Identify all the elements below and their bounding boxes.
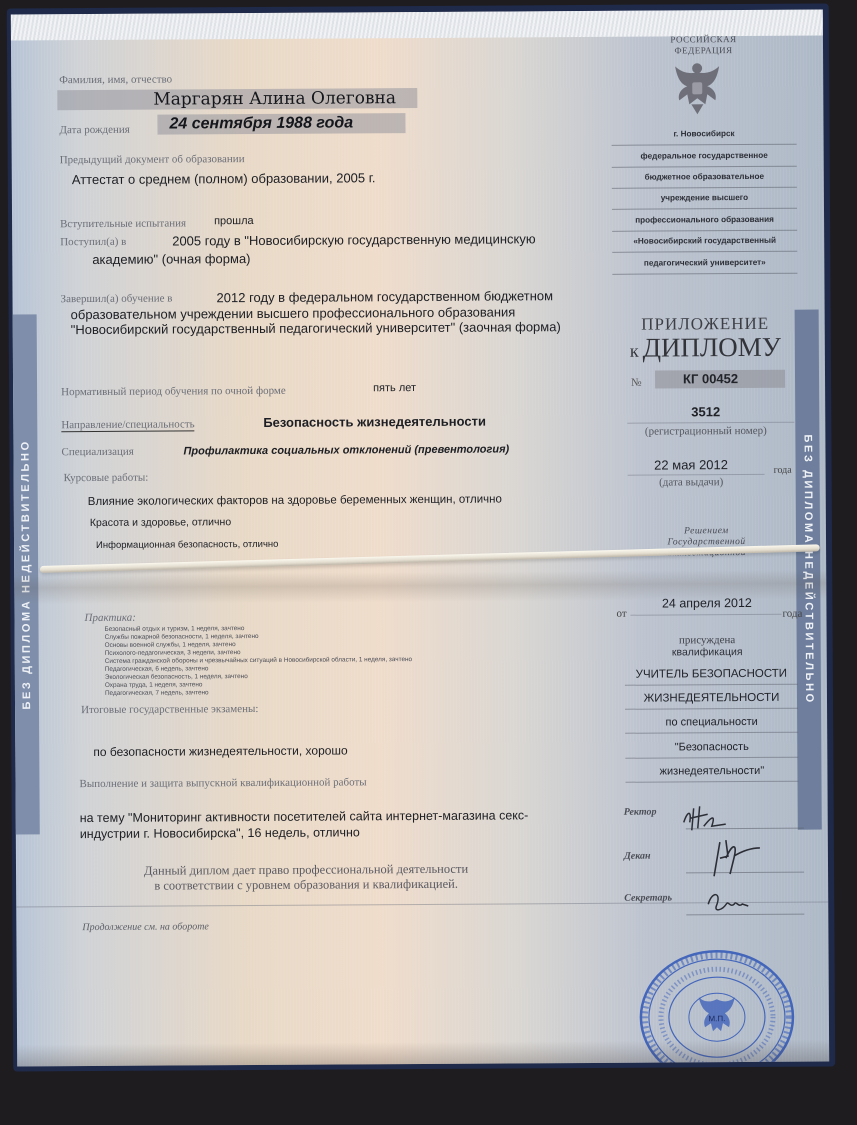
coursework-label: Курсовые работы: (64, 472, 149, 485)
enrolled-label: Поступил(а) в (60, 236, 126, 248)
continued-note: Продолжение см. на обороте (82, 921, 209, 933)
institution-line: бюджетное образовательное (612, 167, 797, 189)
qualification-label: квалификация (605, 646, 810, 659)
reg-number-line (627, 422, 794, 424)
thesis-line2: индустрии г. Новосибирска", 16 недель, о… (80, 825, 360, 841)
completed-label: Завершил(а) обучение в (60, 293, 172, 306)
specialization-label: Специализация (61, 446, 133, 458)
institution-line: г. Новосибирск (611, 124, 796, 146)
name-label: Фамилия, имя, отчество (59, 74, 172, 87)
institution-line: педагогический университет» (612, 253, 797, 275)
qualification-line: УЧИТЕЛЬ БЕЗОПАСНОСТИ (625, 662, 798, 686)
supplement-number: КГ 00452 (655, 370, 785, 389)
issuer-column: РОССИЙСКАЯ ФЕДЕРАЦИЯ г. Новосибирск феде… (601, 10, 812, 1063)
institution-block: г. Новосибирск федеральное государственн… (601, 10, 806, 11)
issue-date-suffix: года (774, 465, 792, 476)
practice-list: Безопасный отдых и туризм, 1 неделя, зач… (105, 624, 413, 698)
document-title-diploma: ДИПЛОМУ (642, 332, 781, 363)
practice-label: Практика: (84, 612, 136, 624)
qualification-line: жизнедеятельности" (625, 759, 798, 783)
prev-doc-value: Аттестат о среднем (полном) образовании,… (72, 170, 376, 187)
decision-date-suffix: года (782, 608, 802, 620)
rector-label: Ректор (624, 807, 657, 818)
qualification-line: по специальности (625, 710, 798, 734)
direction-label: Направление/специальность (61, 418, 194, 432)
diploma-supplement-page: БЕЗ ДИПЛОМА НЕДЕЙСТВИТЕЛЬНО БЕЗ ДИПЛОМА … (11, 10, 829, 1067)
svg-text:М.П.: М.П. (708, 1014, 725, 1023)
institution-line: учреждение высшего (612, 188, 797, 210)
practice-item: Педагогическая, 7 недель, зачтено (105, 688, 412, 698)
coursework-item: Информационная безопасность, отлично (96, 539, 278, 551)
period-label: Нормативный период обучения по очной фор… (61, 385, 286, 398)
institution-line: профессионального образования (612, 210, 797, 232)
full-name: Маргарян Алина Олеговна (153, 88, 396, 109)
reg-number-caption: (регистрационный номер) (603, 425, 808, 438)
qualification-line: "Безопасность (625, 735, 798, 759)
country-title: РОССИЙСКАЯ ФЕДЕРАЦИЯ (601, 34, 806, 57)
coursework-item: Влияние экологических факторов на здоров… (88, 493, 502, 508)
decision-date-line (630, 614, 781, 616)
number-sign: № (631, 377, 642, 389)
institution-line: «Новосибирский государственный (612, 231, 797, 253)
thesis-label: Выполнение и защита выпускной квалификац… (79, 776, 366, 790)
institution-line: федеральное государственное (612, 146, 797, 168)
thesis-line1: на тему "Мониторинг активности посетител… (80, 808, 529, 825)
direction-value: Безопасность жизнедеятельности (263, 414, 486, 430)
coat-of-arms-icon (667, 58, 727, 118)
country-line2: ФЕДЕРАЦИЯ (601, 45, 806, 57)
issue-date-caption: (дата выдачи) (604, 476, 779, 489)
entrance-label: Вступительные испытания (60, 217, 186, 230)
completed-value-line1: 2012 году в федеральном государственном … (216, 288, 553, 305)
commission-decision-date: 24 апреля 2012 (614, 596, 799, 611)
secretary-signature-icon (702, 886, 762, 916)
secretary-label: Секретарь (624, 892, 672, 903)
registration-number: 3512 (613, 404, 798, 420)
completed-value-line3: "Новосибирский государственный педагогич… (71, 319, 561, 337)
rights-note: Данный диплом дает право профессионально… (106, 861, 506, 893)
entrance-value: прошла (214, 215, 254, 227)
specialization-value: Профилактика социальных отклонений (прев… (183, 443, 509, 457)
final-exams-label: Итоговые государственные экзамены: (81, 703, 258, 716)
enrolled-value-line2: академию" (очная форма) (92, 251, 250, 267)
dob-label: Дата рождения (59, 124, 129, 136)
rights-note-line2: в соответствии с уровнем образования и к… (106, 876, 506, 893)
dean-label: Декан (624, 851, 651, 862)
prev-doc-label: Предыдущий документ об образовании (60, 153, 245, 166)
document-title-line2: кДИПЛОМУ (603, 332, 808, 364)
document-title-k: к (630, 341, 639, 361)
enrolled-value-line1: 2005 году в "Новосибирскую государственн… (172, 231, 536, 248)
date-of-birth: 24 сентября 1988 года (169, 114, 353, 133)
issue-date: 22 мая 2012 (614, 457, 769, 473)
final-exam-value: по безопасности жизнедеятельности, хорош… (93, 743, 347, 759)
dean-signature-icon (704, 836, 764, 886)
period-value: пять лет (373, 382, 416, 394)
coursework-item: Красота и здоровье, отлично (90, 516, 231, 529)
rector-signature-icon (678, 800, 738, 836)
qualification-line: ЖИЗНЕДЕЯТЕЛЬНОСТИ (625, 686, 798, 710)
